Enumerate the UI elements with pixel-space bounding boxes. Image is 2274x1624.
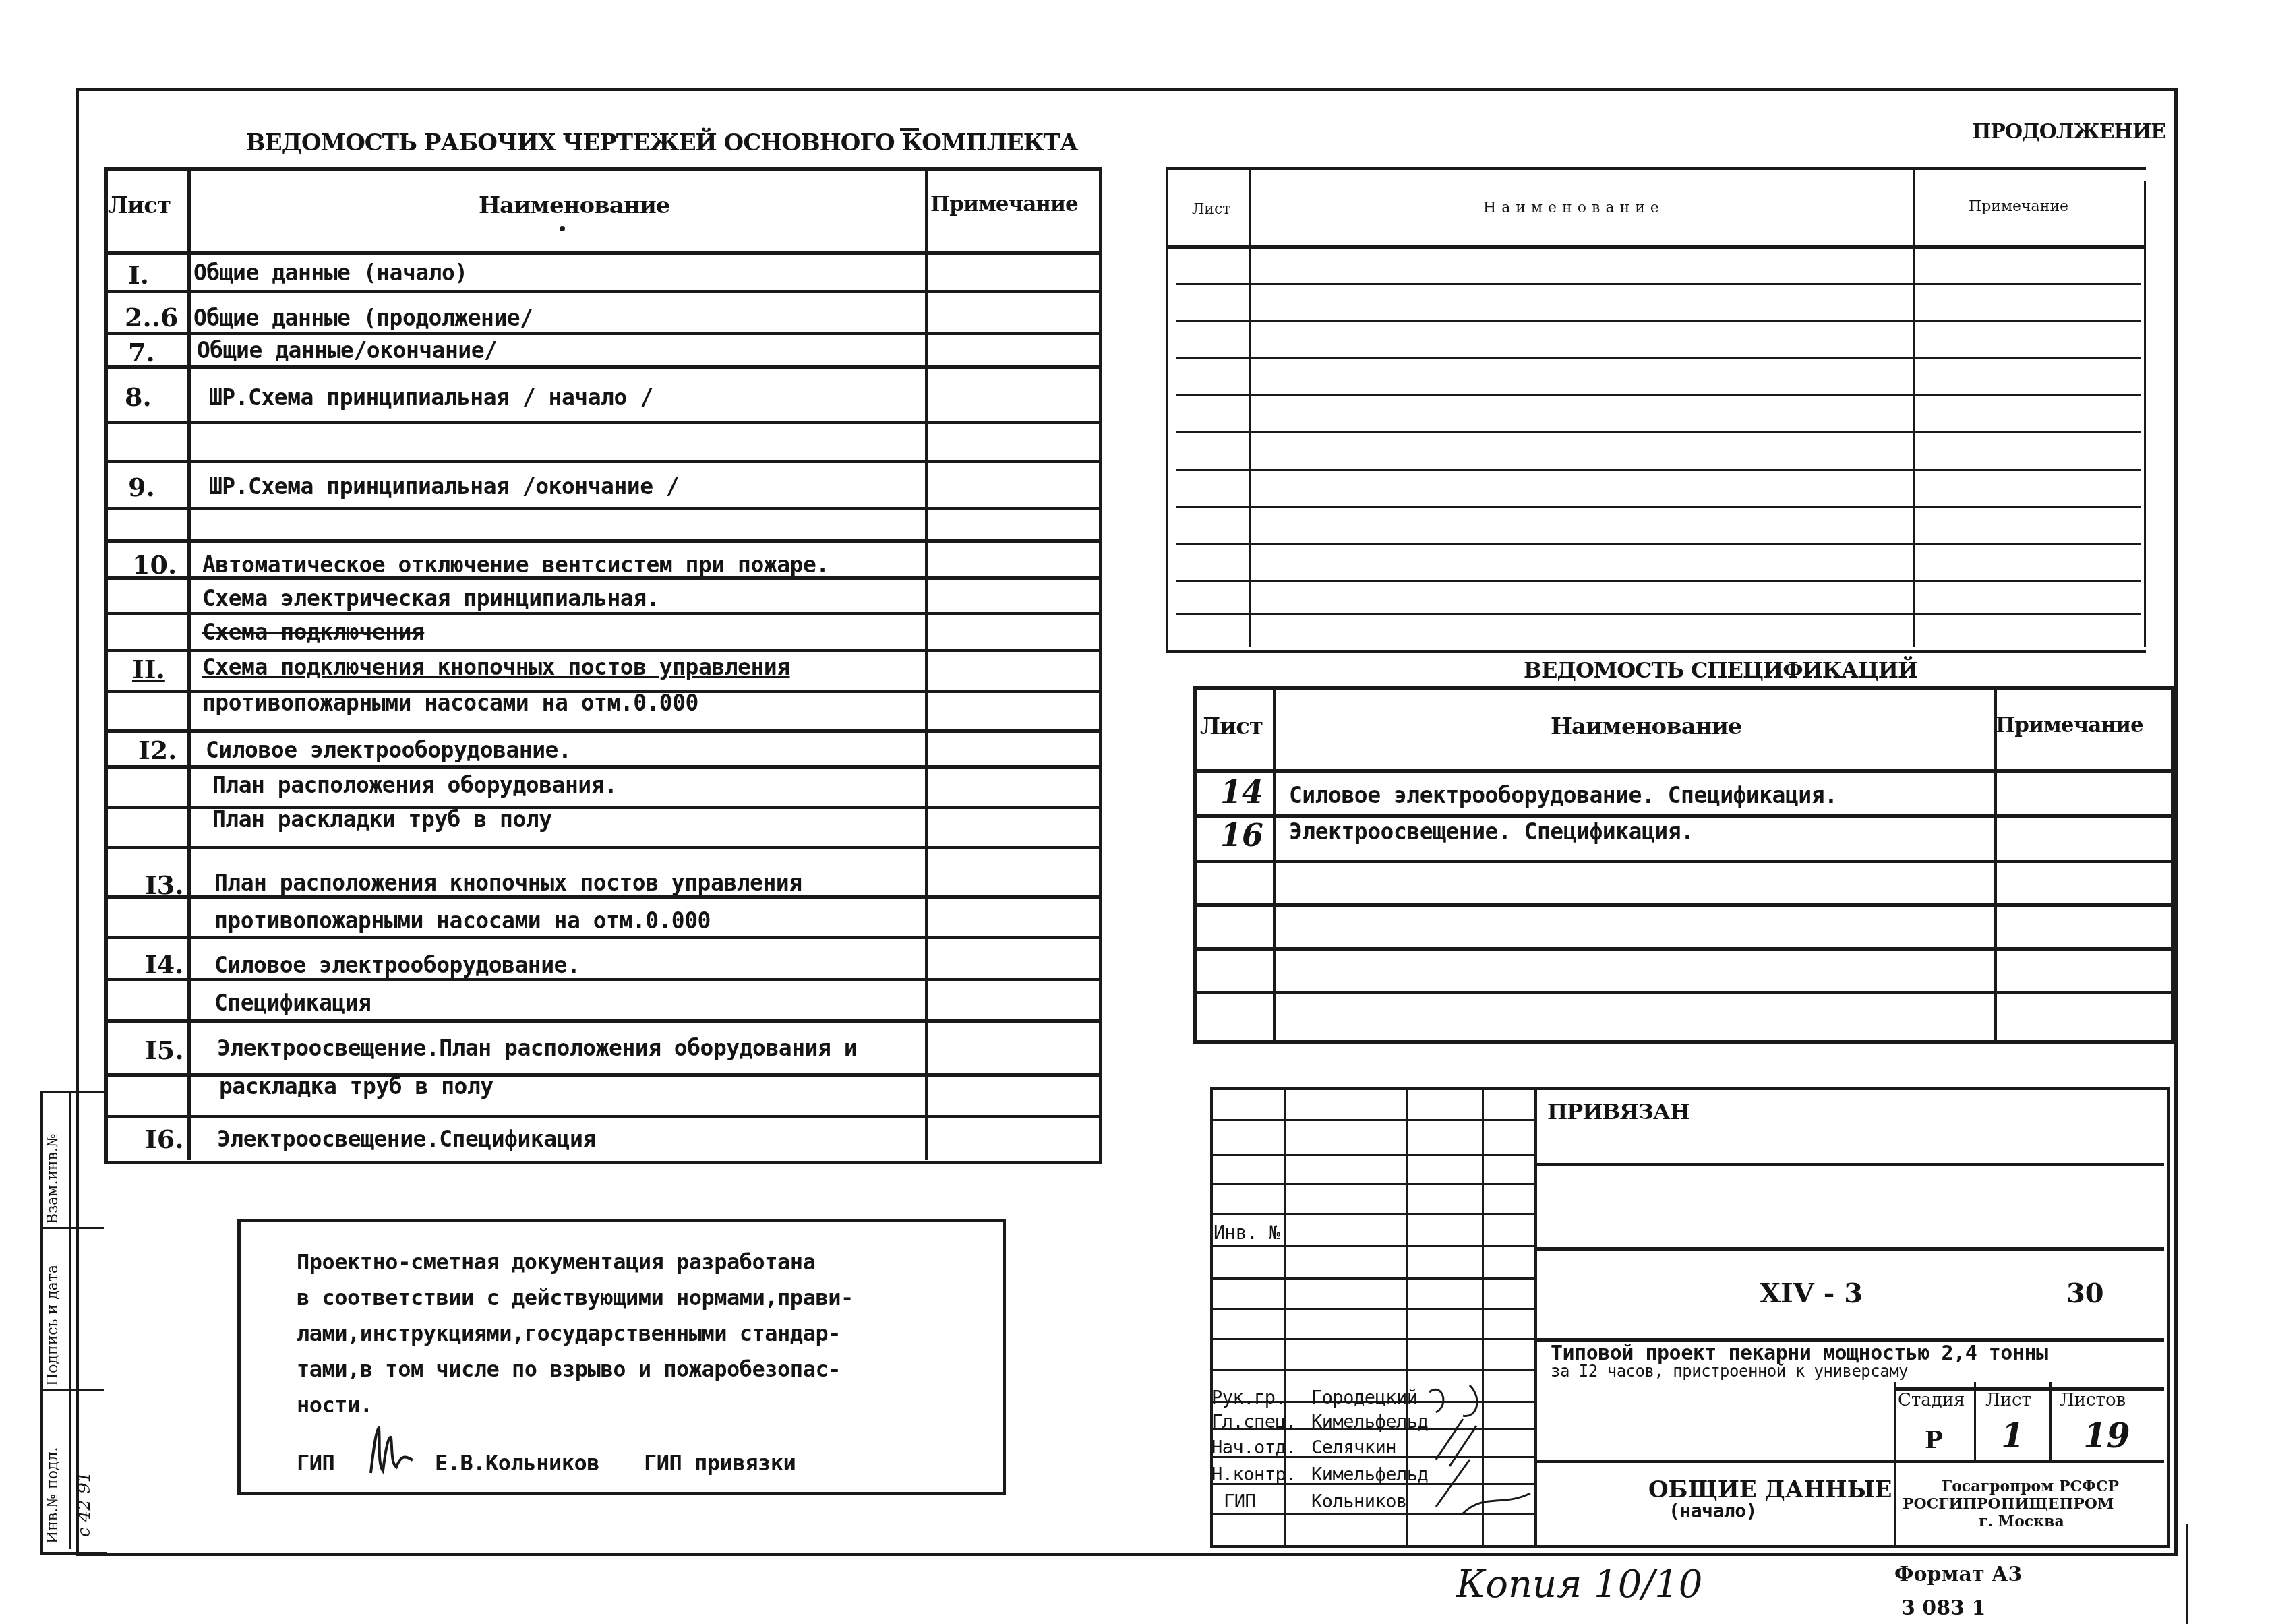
- org-line1: Госагропром РСФСР: [1942, 1478, 2119, 1495]
- col-divider: [1249, 167, 1251, 647]
- grid-row: [1210, 1213, 1534, 1215]
- row-rule: [108, 765, 1102, 769]
- signature-role: Гл.спец.: [1211, 1412, 1296, 1433]
- cont-col-note-header: Примечание: [1969, 198, 2068, 215]
- grid-row: [1210, 1119, 1534, 1121]
- signature-name: Е.В.Кольников: [435, 1443, 599, 1483]
- compliance-line: в соответствии с действующими нормами,пр…: [297, 1277, 854, 1318]
- signature-role: ГИП: [297, 1443, 334, 1483]
- margin-handwritten-number: с 42 91: [74, 1472, 94, 1537]
- signature-role: Н.контр.: [1211, 1464, 1296, 1485]
- sheet-subtitle: (начало): [1669, 1500, 1757, 1522]
- cont-header-rule: [1166, 245, 2144, 249]
- project-code-number: 30: [2066, 1277, 2104, 1309]
- row-name: Автоматическое отключение вентсистем при…: [202, 551, 829, 578]
- spec-header-rule: [1193, 769, 2171, 773]
- spec-row-rule: [1193, 860, 2171, 863]
- cont-row-rule: [1176, 320, 2141, 322]
- row-name-cont: Спецификация: [214, 990, 371, 1016]
- row-sheet-number: 9.: [128, 472, 155, 502]
- col-divider: [187, 167, 191, 1160]
- row-sheet-number: I5.: [145, 1035, 183, 1065]
- row-rule: [108, 539, 1102, 543]
- sheets-value: 19: [2083, 1416, 2130, 1455]
- signature-role: Рук.гр.: [1211, 1387, 1286, 1408]
- row-sheet-number: 10.: [132, 549, 177, 580]
- signature-name: Селячкин: [1311, 1437, 1396, 1458]
- col-divider: [1994, 686, 1997, 1042]
- row-name: Схема подключения кнопочных постов управ…: [202, 654, 790, 680]
- grid-row: [1210, 1308, 1534, 1310]
- row-name: Общие данные/окончание/: [197, 337, 497, 363]
- row-name-cont: План раскладки труб в полу: [212, 806, 552, 833]
- row-rule: [108, 612, 1102, 615]
- signature-role: ГИП: [1224, 1491, 1255, 1512]
- margin-divider: [40, 1389, 104, 1391]
- compliance-line: лами,инструкциями,государственными станд…: [297, 1313, 841, 1354]
- spec-register-title: ВЕДОМОСТЬ СПЕЦИФИКАЦИЙ: [1524, 657, 1917, 683]
- row-rule: [104, 365, 1099, 369]
- row-sheet-number: 2..6: [125, 302, 178, 332]
- row-sheet-number: I6.: [145, 1124, 183, 1154]
- row-rule: [108, 1115, 1102, 1118]
- row-rule: [108, 846, 1102, 849]
- signature-name: Городецкий: [1311, 1387, 1418, 1408]
- row-name: Силовое электрооборудование.: [206, 737, 571, 763]
- main-col-sheet-header: Лист: [108, 192, 171, 219]
- row-rule: [108, 729, 1102, 733]
- spec-col-note-header: Примечание: [1996, 713, 2143, 738]
- margin-divider: [40, 1227, 104, 1229]
- sheets-label: Листов: [2060, 1390, 2126, 1410]
- grid-row: [1210, 1338, 1534, 1340]
- spec-row-rule: [1193, 814, 2171, 818]
- signature-scribble-icon: [364, 1422, 418, 1476]
- margin-divider: [69, 1091, 71, 1549]
- inv-label: Инв. №: [1214, 1222, 1280, 1244]
- cont-row-rule: [1176, 543, 2141, 545]
- row-name-cont: противопожарными насосами на отм.0.000: [202, 690, 698, 716]
- compliance-line: Проектно-сметная документация разработан…: [297, 1242, 815, 1282]
- signature-name: Кимельфельд: [1311, 1412, 1428, 1433]
- row-sheet-number: I3.: [145, 870, 183, 900]
- col-divider: [2144, 181, 2146, 647]
- row-rule: [104, 421, 1099, 424]
- org-line3: г. Москва: [1979, 1513, 2064, 1530]
- row-sheet-number: 7.: [128, 337, 155, 367]
- margin-label-signature-date: Подпись и дата: [44, 1265, 61, 1386]
- row-rule: [104, 507, 1099, 510]
- format-label: Формат А3: [1894, 1563, 2022, 1586]
- spec-row-rule: [1193, 991, 2171, 994]
- signature-scribbles-icon: [1423, 1379, 1537, 1520]
- sheet-label: Лист: [1985, 1390, 2031, 1410]
- row-sheet-number: I4.: [145, 949, 183, 980]
- sheet-title: ОБЩИЕ ДАННЫЕ: [1648, 1476, 1892, 1503]
- cont-row-rule: [1176, 283, 2141, 285]
- row-rule: [108, 1019, 1102, 1023]
- margin-label-original-inv: Инв.№ подл.: [44, 1447, 61, 1544]
- stage-value: Р: [1925, 1426, 1943, 1454]
- cont-row-rule: [1176, 469, 2141, 471]
- tb-col: [1974, 1382, 1976, 1462]
- tb-rule: [1534, 1163, 2164, 1166]
- spec-row-rule: [1193, 947, 2171, 951]
- tb-rule: [1534, 1247, 2164, 1251]
- bound-label: ПРИВЯЗАН: [1547, 1099, 1689, 1124]
- spec-row-sheet: 16: [1220, 817, 1263, 853]
- signature-role: Нач.отд.: [1211, 1437, 1296, 1458]
- row-name: Общие данные (начало): [193, 260, 468, 286]
- col-divider: [925, 167, 928, 1160]
- spec-col-sheet-header: Лист: [1200, 713, 1263, 740]
- cont-row-rule: [1176, 506, 2141, 508]
- row-rule: [108, 936, 1102, 939]
- spec-row-rule: [1193, 903, 2171, 907]
- header-rule: [104, 251, 1099, 255]
- row-name: ШР.Схема принципиальная / начало /: [209, 384, 653, 411]
- row-rule: [104, 290, 1099, 293]
- grid-row: [1210, 1369, 1534, 1371]
- spec-col-name-header: Наименование: [1551, 713, 1742, 740]
- row-rule: [104, 460, 1099, 463]
- row-name: Электроосвещение.Спецификация: [217, 1126, 596, 1152]
- spec-row-sheet: 14: [1220, 774, 1263, 810]
- row-sheet-number: II.: [132, 654, 165, 684]
- row-name: План расположения кнопочных постов управ…: [214, 870, 802, 896]
- handwritten-copy-note: Копия 10/10: [1456, 1563, 1702, 1606]
- grid-row: [1210, 1154, 1534, 1156]
- tb-rule: [1534, 1460, 2164, 1463]
- stage-label: Стадия: [1898, 1390, 1965, 1410]
- spec-row-name: Электроосвещение. Спецификация.: [1289, 818, 1694, 845]
- project-title-line2: за I2 часов, пристроенной к универсаму: [1551, 1362, 1908, 1381]
- row-rule: [108, 649, 1102, 652]
- signature-name: Кимельфельд: [1311, 1464, 1428, 1485]
- sheet-value: 1: [2001, 1416, 2025, 1455]
- cont-col-sheet-header: Лист: [1192, 201, 1231, 218]
- row-name: Электроосвещение.План расположения обору…: [217, 1035, 857, 1061]
- col-divider: [1913, 167, 1915, 647]
- row-name-cont: Схема электрическая принципиальная.: [202, 585, 659, 611]
- inventory-number: 3 083 1: [1901, 1596, 1985, 1620]
- cont-row-rule: [1176, 613, 2141, 615]
- tb-col: [2049, 1382, 2052, 1462]
- title-dash: [900, 128, 919, 131]
- header-dot: [560, 226, 565, 231]
- row-name: Общие данные (продолжение/: [193, 305, 533, 331]
- main-register-title: ВЕДОМОСТЬ РАБОЧИХ ЧЕРТЕЖЕЙ ОСНОВНОГО КОМ…: [246, 129, 1078, 156]
- spec-row-name: Силовое электрооборудование. Спецификаци…: [1289, 782, 1837, 808]
- col-divider: [1273, 686, 1276, 1042]
- row-sheet-number: I.: [128, 260, 149, 290]
- row-name: ШР.Схема принципиальная /окончание /: [209, 473, 679, 500]
- signature-name: Кольников: [1311, 1491, 1407, 1512]
- cont-row-rule: [1176, 431, 2141, 433]
- margin-label-replaced-inv: Взам.инв.№: [44, 1133, 61, 1224]
- grid-row: [1210, 1277, 1534, 1280]
- row-name-cont: План расположения оборудования.: [212, 772, 617, 798]
- signature-suffix: ГИП привязки: [644, 1443, 796, 1483]
- row-name-cont-struck: Схема подключения: [202, 619, 424, 645]
- main-col-note-header: Примечание: [930, 192, 1078, 216]
- cont-row-rule: [1176, 580, 2141, 582]
- cont-row-rule: [1176, 357, 2141, 359]
- org-line2: РОСГИПРОПИЩЕПРОМ: [1903, 1495, 2114, 1513]
- edge-line: [2186, 1524, 2188, 1624]
- row-sheet-number: 8.: [125, 382, 152, 412]
- compliance-line: тами,в том числе по взрыво и пожаробезоп…: [297, 1349, 841, 1389]
- tb-col: [1894, 1382, 1896, 1547]
- grid-row: [1210, 1183, 1534, 1185]
- row-name: Силовое электрооборудование.: [214, 952, 580, 978]
- continuation-label: ПРОДОЛЖЕНИЕ: [1972, 120, 2165, 144]
- title-block-bottom: [1210, 1545, 2167, 1548]
- cont-col-name-header: Наименование: [1483, 200, 1665, 216]
- row-name-cont: раскладка труб в полу: [219, 1073, 493, 1100]
- compliance-line: ности.: [297, 1385, 373, 1425]
- row-name-cont: противопожарными насосами на отм.0.000: [214, 907, 711, 934]
- main-col-name-header: Наименование: [479, 192, 670, 219]
- row-rule: [104, 332, 1099, 335]
- cont-row-rule: [1176, 394, 2141, 396]
- grid-row: [1210, 1245, 1534, 1247]
- row-sheet-number: I2.: [138, 735, 177, 765]
- project-code: ХIV - 3: [1760, 1277, 1863, 1309]
